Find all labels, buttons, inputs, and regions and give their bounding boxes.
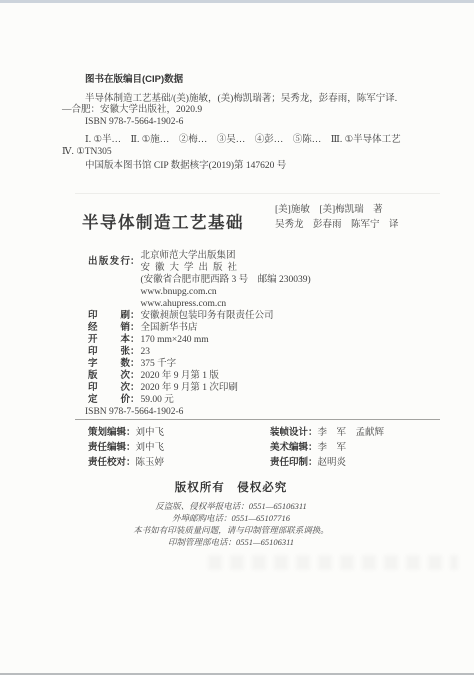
staff-name: 李 军 [318,443,347,453]
staff-name: 赵明炎 [318,458,347,468]
colophon-row-edition: 版次： 2020 年 9 月第 1 版 [88,370,433,382]
publisher-row: 出版发行： 北京师范大学出版集团 安徽大学出版社 (安徽省合肥市肥西路 3 号 … [88,250,433,310]
staff-row-proofreader: 责任校对：陈玉婷 [88,456,270,471]
staff-row-planning-editor: 策划编辑：刘中飞 [88,426,270,441]
label-colon: ： [130,394,140,406]
cip-description-line1: 半导体制造工艺基础/(美)施敏，(美)梅凯瑞著；吴秀龙，彭春雨，陈军宁译. [62,94,440,106]
staff-row-responsible-editor: 责任编辑：刘中飞 [88,441,270,456]
cip-isbn: ISBN 978-7-5664-1902-6 [62,117,440,129]
row-label: 印刷 [88,310,130,322]
publisher-group: 北京师范大学出版集团 [141,250,433,262]
staff-credits: 策划编辑：刘中飞 责任编辑：刘中飞 责任校对：陈玉婷 装帧设计：李 军 孟献辉 … [88,426,434,470]
publisher-label: 出版发行 [88,256,130,268]
quality-exchange-note: 本书如有印装质量问题，请与印制管理部联系调换。 [0,524,462,536]
row-label: 定价 [88,394,130,406]
staff-colon: ： [308,457,318,468]
staff-label: 责任印制 [270,457,308,468]
row-label: 印张 [88,346,130,358]
cip-header: 图书在版编目(CIP)数据 [62,74,440,86]
staff-label: 责任校对 [88,457,126,468]
staff-name: 李 军 孟献辉 [318,428,385,438]
row-value: 安徽昶颉包装印务有限责任公司 [141,310,274,322]
staff-row-cover-design: 装帧设计：李 军 孟献辉 [270,426,384,441]
row-label: 印次 [88,382,130,394]
colophon-row-distributor: 经销： 全国新华书店 [88,322,433,334]
author-block: [美]施敏 [美]梅凯瑞 著 吴秀龙 彭春雨 陈军宁 译 [275,203,425,233]
row-value: 170 mm×240 mm [141,334,209,346]
row-label: 经销 [88,322,130,334]
label-colon: ： [130,322,140,334]
staff-colon: ： [126,442,136,453]
publisher-values: 北京师范大学出版集团 安徽大学出版社 (安徽省合肥市肥西路 3 号 邮编 230… [141,250,433,310]
staff-name: 刘中飞 [136,428,165,438]
row-value: 23 [141,346,151,358]
copyright-page-scan: 图书在版编目(CIP)数据 半导体制造工艺基础/(美)施敏，(美)梅凯瑞著；吴秀… [0,0,474,675]
staff-label: 策划编辑 [88,427,126,438]
staff-column-left: 策划编辑：刘中飞 责任编辑：刘中飞 责任校对：陈玉婷 [88,426,270,470]
colophon-row-impression: 印次： 2020 年 9 月第 1 次印刷 [88,382,433,394]
staff-colon: ： [126,457,136,468]
label-colon: ： [130,382,140,394]
publisher-address: (安徽省合肥市肥西路 3 号 邮编 230039) [141,274,433,286]
cip-classification-line2: Ⅳ. ①TN305 [62,147,440,159]
publisher-name: 安徽大学出版社 [141,262,433,274]
row-value: 全国新华书店 [141,322,198,334]
print-dept-phone: 印制管理部电话：0551—65106311 [0,536,462,548]
colophon-row-wordcount: 字数： 375 千字 [88,358,433,370]
label-colon: ： [130,346,140,358]
colophon-isbn: ISBN 978-7-5664-1902-6 [85,406,433,418]
colophon-row-price: 定价： 59.00 元 [88,394,433,406]
authors-line: [美]施敏 [美]梅凯瑞 著 [275,203,425,218]
book-title: 半导体制造工艺基础 [82,209,244,233]
colophon-block: 出版发行： 北京师范大学出版集团 安徽大学出版社 (安徽省合肥市肥西路 3 号 … [88,250,433,418]
row-value: 2020 年 9 月第 1 次印刷 [141,382,238,394]
staff-label: 责任编辑 [88,442,126,453]
label-colon: ： [130,334,140,346]
row-value: 375 千字 [141,358,177,370]
label-colon: ： [130,310,140,322]
copyright-notice-block: 版权所有 侵权必究 反盗版、侵权举报电话：0551—65106311 外埠邮购电… [0,479,462,548]
staff-label: 装帧设计 [270,427,308,438]
cip-description-line2: —合肥：安徽大学出版社，2020.9 [62,105,440,117]
staff-colon: ： [126,427,136,438]
row-label: 版次 [88,370,130,382]
staff-row-art-editor: 美术编辑：李 军 [270,441,384,456]
publisher-url-2: www.ahupress.com.cn [141,298,433,310]
row-value: 59.00 元 [141,394,174,406]
page-showthrough-artifact [208,555,458,570]
staff-column-right: 装帧设计：李 军 孟献辉 美术编辑：李 军 责任印制：赵明炎 [270,426,384,470]
staff-colon: ： [308,442,318,453]
row-value: 2020 年 9 月第 1 版 [141,370,219,382]
staff-name: 陈玉婷 [136,458,165,468]
divider-above-title [75,193,440,194]
cip-record-number: 中国版本图书馆 CIP 数据核字(2019)第 147620 号 [62,161,440,173]
publisher-url-1: www.bnupg.com.cn [141,286,433,298]
label-colon: ： [130,358,140,370]
colophon-row-printer: 印刷： 安徽昶颉包装印务有限责任公司 [88,310,433,322]
scan-top-edge [0,0,474,3]
staff-label: 美术编辑 [270,442,308,453]
staff-colon: ： [308,427,318,438]
row-label: 字数 [88,358,130,370]
cip-block: 图书在版编目(CIP)数据 半导体制造工艺基础/(美)施敏，(美)梅凯瑞著；吴秀… [62,74,440,173]
label-colon: ： [130,256,140,268]
row-label: 开本 [88,334,130,346]
divider-above-staff [75,419,440,420]
staff-name: 刘中飞 [136,443,165,453]
colophon-row-format: 开本： 170 mm×240 mm [88,334,433,346]
label-colon: ： [130,370,140,382]
mail-order-phone: 外埠邮购电话：0551—65107716 [0,512,462,524]
colophon-row-sheets: 印张： 23 [88,346,433,358]
staff-row-print-supervisor: 责任印制：赵明炎 [270,456,384,471]
anti-piracy-hotline: 反盗版、侵权举报电话：0551—65106311 [0,500,462,512]
translators-line: 吴秀龙 彭春雨 陈军宁 译 [275,218,425,233]
cip-classification-line1: Ⅰ. ①半… Ⅱ. ①施… ②梅… ③吴… ④彭… ⑤陈… Ⅲ. ①半导体工艺 [62,135,440,147]
copyright-notice: 版权所有 侵权必究 [0,479,462,495]
